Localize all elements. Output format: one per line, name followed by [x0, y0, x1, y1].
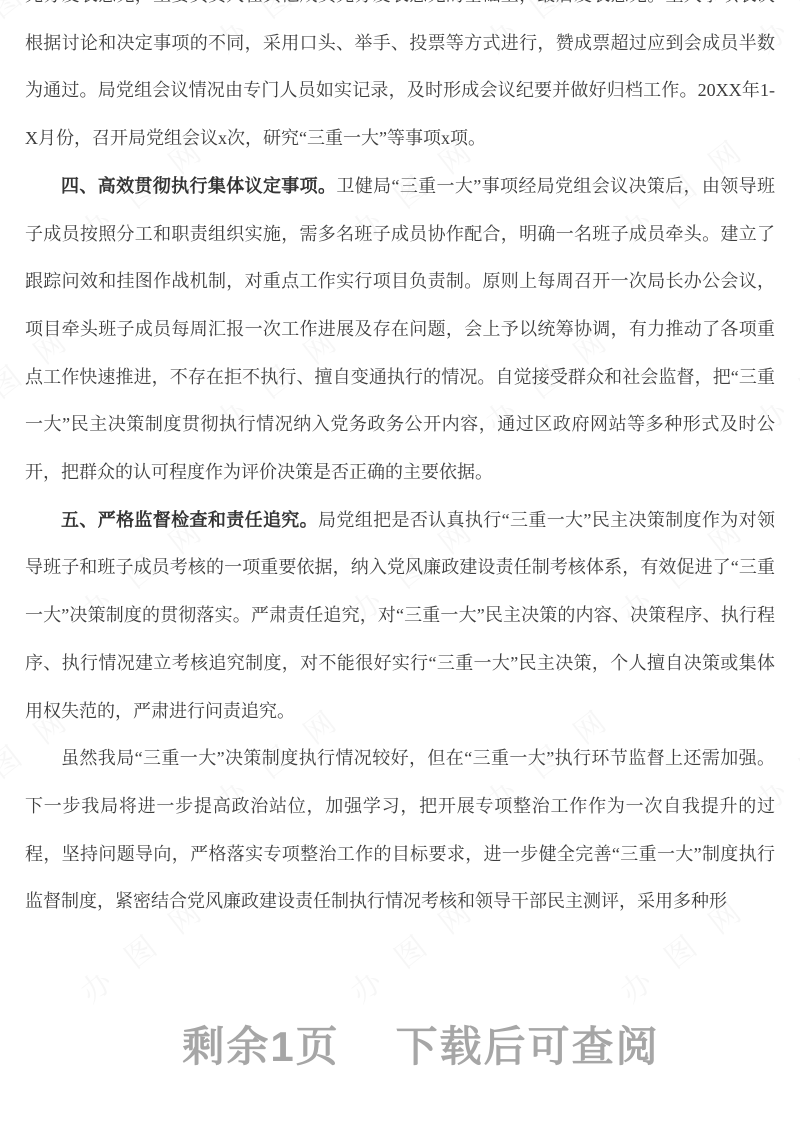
paragraph-text: 卫健局“三重一大”事项经局党组会议决策后，由领导班子成员按照分工和职责组织实施，…: [25, 176, 775, 482]
paragraph-text: 虽然我局“三重一大”决策制度执行情况较好，但在“三重一大”执行环节监督上还需加强…: [25, 748, 775, 911]
paragraph-heading: 四、高效贯彻执行集体议定事项。: [61, 176, 336, 196]
paragraph: 充分发表意见，主要负责人在其他成员充分发表意见的基础上，最后发表意见。重大事项表…: [25, 0, 775, 163]
pages-remaining-banner: 剩余1页下载后可查阅: [0, 1024, 800, 1070]
document-page: 办图网办图网办图网办图网办图网办图网办图网办图网办图网办图网办图网办图网办图网办…: [0, 0, 800, 1131]
paragraph: 虽然我局“三重一大”决策制度执行情况较好，但在“三重一大”执行环节监督上还需加强…: [25, 735, 775, 926]
paragraph-text: 充分发表意见，主要负责人在其他成员充分发表意见的基础上，最后发表意见。重大事项表…: [25, 0, 775, 148]
paragraph-text: 局党组把是否认真执行“三重一大”民主决策制度作为对领导班子和班子成员考核的一项重…: [25, 510, 775, 721]
pages-remaining-label: 剩余1页: [182, 1023, 339, 1070]
paragraph: 五、严格监督检查和责任追究。局党组把是否认真执行“三重一大”民主决策制度作为对领…: [25, 497, 775, 736]
paragraph: 四、高效贯彻执行集体议定事项。卫健局“三重一大”事项经局党组会议决策后，由领导班…: [25, 163, 775, 497]
paragraph-heading: 五、严格监督检查和责任追究。: [61, 510, 318, 530]
download-hint-label: 下载后可查阅: [396, 1023, 660, 1070]
document-body: 充分发表意见，主要负责人在其他成员充分发表意见的基础上，最后发表意见。重大事项表…: [25, 0, 775, 926]
